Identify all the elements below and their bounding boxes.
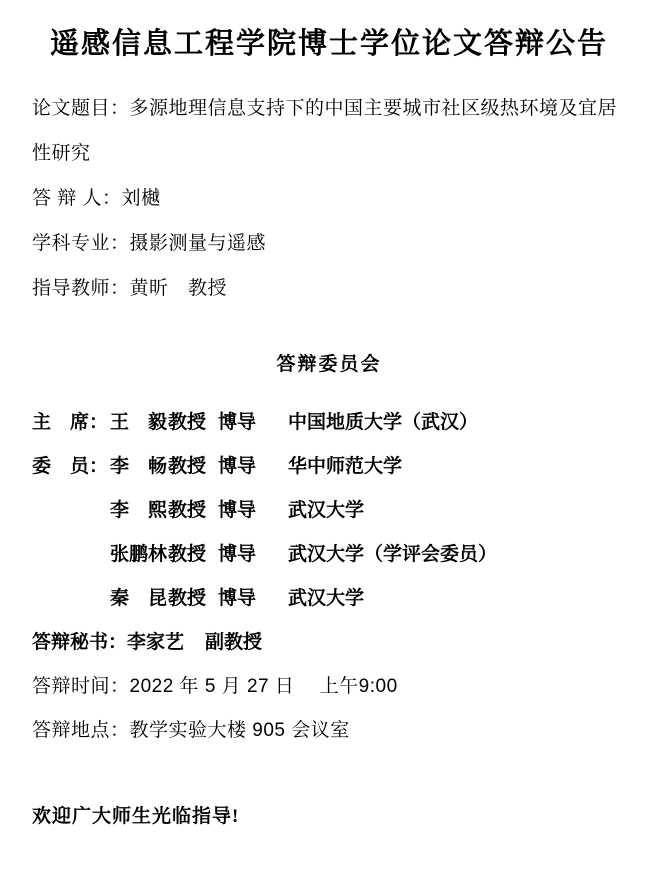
member-advisor: 博导 [218,445,288,489]
committee-row-member: 张鹏林教授博导武汉大学（学评会委员） [32,533,626,577]
closing-note: 欢迎广大师生光临指导! [32,795,626,839]
member-name: 张鹏林 [110,533,168,577]
member-name: 李 畅 [110,445,168,489]
major-label: 学科专业： [32,233,130,254]
member-title: 教授 [168,489,218,533]
secretary-title: 副教授 [205,632,262,653]
thesis-title-label: 论文题目： [32,98,130,119]
page-title: 遥感信息工程学院博士学位论文答辩公告 [32,20,626,68]
secretary-label: 答辩秘书： [32,632,127,653]
member-title: 教授 [168,577,218,621]
member-name: 王 毅 [110,401,168,445]
major-value: 摄影测量与遥感 [130,233,267,254]
field-thesis-title: 论文题目：多源地理信息支持下的中国主要城市社区级热环境及宜居性研究 [32,86,622,176]
defender-value: 刘樾 [122,188,161,209]
field-defense-location: 答辩地点：教学实验大楼 905 会议室 [32,709,626,753]
secretary-row: 答辩秘书：李家艺副教授 [32,621,626,665]
committee-row-chair: 主 席：王 毅教授博导中国地质大学（武汉） [32,401,626,445]
chair-label: 主 席： [32,401,110,445]
member-title: 教授 [168,445,218,489]
member-title: 教授 [168,533,218,577]
member-affiliation: 武汉大学 [288,500,364,521]
member-affiliation: 武汉大学（学评会委员） [288,544,497,565]
committee-row-member: 秦 昆教授博导武汉大学 [32,577,626,621]
member-advisor: 博导 [218,401,288,445]
member-affiliation: 武汉大学 [288,588,364,609]
announcement-page: 遥感信息工程学院博士学位论文答辩公告 论文题目：多源地理信息支持下的中国主要城市… [0,0,662,870]
defense-time-value: 2022 年 5 月 27 日 上午9:00 [130,676,398,697]
member-name: 秦 昆 [110,577,168,621]
member-title: 教授 [168,401,218,445]
field-defender: 答 辩 人：刘樾 [32,176,626,221]
defense-time-label: 答辩时间： [32,676,130,697]
field-defense-time: 答辩时间：2022 年 5 月 27 日 上午9:00 [32,665,626,709]
members-label: 委 员： [32,445,110,489]
defense-location-value: 教学实验大楼 905 会议室 [130,720,350,741]
defense-location-label: 答辩地点： [32,720,130,741]
secretary-name: 李家艺 [127,621,205,665]
committee-rows: 主 席：王 毅教授博导中国地质大学（武汉） 委 员：李 畅教授博导华中师范大学 … [32,401,626,621]
committee-row-member: 委 员：李 畅教授博导华中师范大学 [32,445,626,489]
field-supervisor: 指导教师：黄昕 教授 [32,266,626,311]
member-affiliation: 中国地质大学（武汉） [288,412,478,433]
member-advisor: 博导 [218,577,288,621]
field-major: 学科专业：摄影测量与遥感 [32,221,626,266]
member-name: 李 熙 [110,489,168,533]
supervisor-label: 指导教师： [32,278,130,299]
member-advisor: 博导 [218,533,288,577]
committee-row-member: 李 熙教授博导武汉大学 [32,489,626,533]
committee-heading: 答辩委员会 [32,343,626,387]
supervisor-value: 黄昕 教授 [130,278,228,299]
defender-label: 答 辩 人： [32,188,122,209]
member-affiliation: 华中师范大学 [288,456,402,477]
member-advisor: 博导 [218,489,288,533]
